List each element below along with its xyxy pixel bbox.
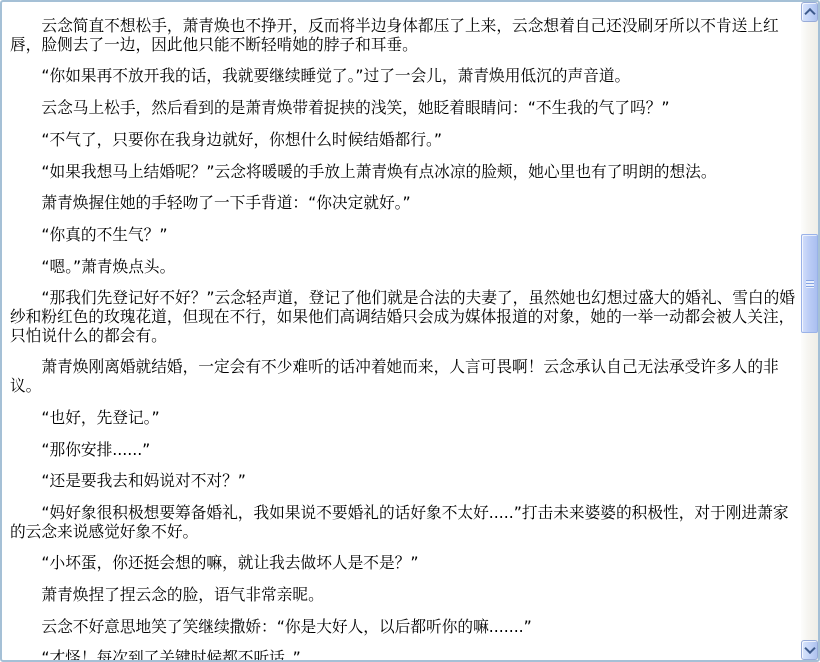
paragraph: “才怪！每次到了关键时候都不听话。”: [10, 649, 795, 660]
paragraph: 萧青焕握住她的手轻吻了一下手背道：“你决定就好。”: [10, 194, 795, 213]
scrollbar-grip-icon: [806, 280, 814, 288]
scroll-down-button[interactable]: [801, 640, 818, 660]
paragraph: “你真的不生气？”: [10, 226, 795, 245]
paragraph: 云念简直不想松手，萧青焕也不挣开，反而将半边身体都压了上来，云念想着自己还没刷牙…: [10, 17, 795, 54]
paragraph: “不气了，只要你在我身边就好，你想什么时候结婚都行。”: [10, 131, 795, 150]
paragraph: 云念马上松手，然后看到的是萧青焕带着捉挟的浅笑，她眨着眼睛问：“不生我的气了吗？…: [10, 99, 795, 118]
scrollbar-thumb[interactable]: [801, 234, 818, 333]
paragraph: “也好，先登记。”: [10, 409, 795, 428]
paragraph: “你如果再不放开我的话，我就要继续睡觉了。”过了一会儿，萧青焕用低沉的声音道。: [10, 67, 795, 86]
vertical-scrollbar[interactable]: [801, 2, 818, 660]
paragraph: 萧青焕刚离婚就结婚，一定会有不少难听的话冲着她而来，人言可畏啊！云念承认自己无法…: [10, 358, 795, 395]
paragraph: “那你安排......”: [10, 441, 795, 460]
novel-reader-window: 云念简直不想松手，萧青焕也不挣开，反而将半边身体都压了上来，云念想着自己还没刷牙…: [0, 0, 820, 662]
novel-text-area: 云念简直不想松手，萧青焕也不挣开，反而将半边身体都压了上来，云念想着自己还没刷牙…: [2, 2, 801, 660]
paragraph: 萧青焕捏了捏云念的脸，语气非常亲昵。: [10, 586, 795, 605]
scroll-up-button[interactable]: [801, 2, 818, 22]
paragraph: “那我们先登记好不好？”云念轻声道，登记了他们就是合法的夫妻了，虽然她也幻想过盛…: [10, 289, 795, 345]
paragraph: 云念不好意思地笑了笑继续撒娇：“你是大好人，以后都听你的嘛.......”: [10, 618, 795, 637]
chevron-down-icon: [804, 643, 815, 654]
paragraph: “嗯。”萧青焕点头。: [10, 258, 795, 277]
chevron-up-icon: [804, 8, 815, 19]
paragraph: “小坏蛋，你还挺会想的嘛，就让我去做坏人是不是？”: [10, 554, 795, 573]
paragraph: “如果我想马上结婚呢？”云念将暖暖的手放上萧青焕有点冰凉的脸颊，她心里也有了明朗…: [10, 163, 795, 182]
paragraph: “还是要我去和妈说对不对？”: [10, 472, 795, 491]
paragraph: “妈好象很积极想要筹备婚礼，我如果说不要婚礼的话好象不太好.....”打击未来婆…: [10, 504, 795, 541]
